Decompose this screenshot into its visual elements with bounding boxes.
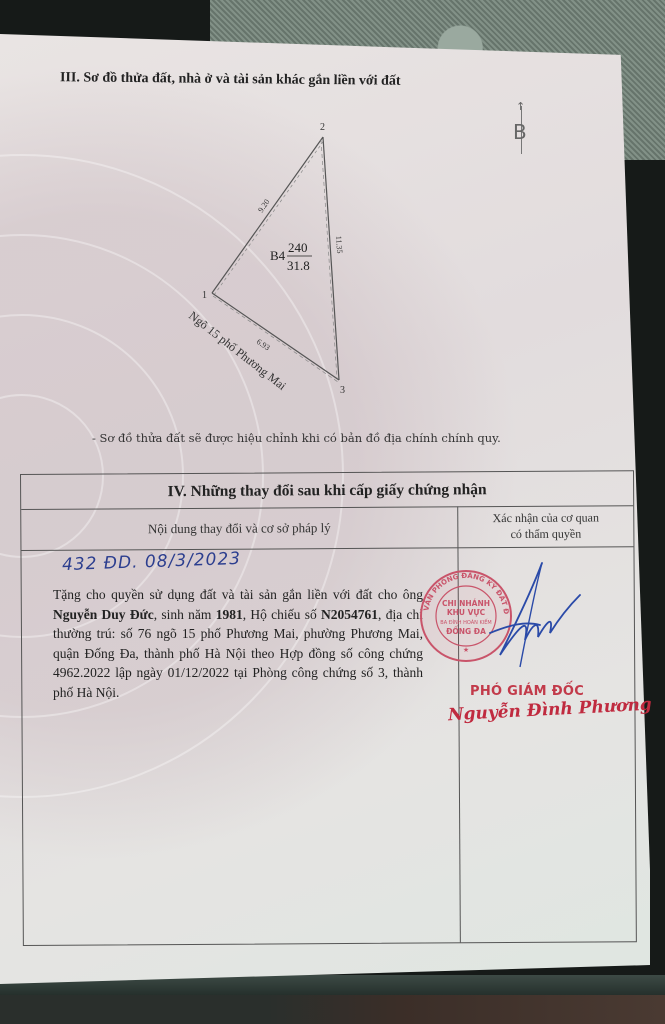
street-label: Ngõ 15 phố Phương Mai bbox=[186, 308, 289, 393]
parcel-number: 240 bbox=[288, 240, 308, 255]
edge-2-3-length: 11.35 bbox=[334, 236, 344, 254]
point-3-label: 3 bbox=[340, 385, 345, 396]
change-entry-text: Tặng cho quyền sử dụng đất và tài sản gắ… bbox=[53, 585, 423, 702]
birth-year: 1981 bbox=[216, 607, 243, 622]
point-2-label: 2 bbox=[320, 122, 325, 133]
entry-part3: , Hộ chiếu số bbox=[243, 607, 321, 622]
section-4-title: IV. Những thay đổi sau khi cấp giấy chứn… bbox=[21, 471, 633, 510]
recipient-name: Nguyễn Duy Đức bbox=[53, 607, 154, 622]
column-header-content: Nội dung thay đổi và cơ sở pháp lý bbox=[21, 506, 457, 550]
north-label: B bbox=[513, 120, 527, 144]
entry-part2: , sinh năm bbox=[154, 607, 216, 622]
column-header-confirmation-line1: Xác nhận của cơ quan bbox=[458, 509, 633, 526]
parcel-area: 31.8 bbox=[287, 258, 310, 273]
star-icon: ★ bbox=[463, 646, 469, 654]
point-1-label: 1 bbox=[202, 290, 207, 301]
edge-1-3-length: 6.93 bbox=[255, 337, 272, 352]
north-arrow: ↑ B bbox=[512, 100, 532, 160]
table-header-row: Nội dung thay đổi và cơ sở pháp lý Xác n… bbox=[21, 505, 633, 551]
entry-part1: Tặng cho quyền sử dụng đất và tài sản gắ… bbox=[53, 587, 423, 602]
column-header-confirmation: Xác nhận của cơ quan có thẩm quyền bbox=[458, 509, 633, 542]
floor-background bbox=[0, 995, 665, 1024]
official-title: PHÓ GIÁM ĐỐC bbox=[470, 684, 584, 699]
parcel-label: B4 bbox=[270, 248, 286, 263]
column-header-confirmation-line2: có thẩm quyền bbox=[458, 525, 633, 542]
land-plot-diagram: 1 2 3 9.20 11.35 6.93 B4 240 31.8 Ngõ 15… bbox=[150, 110, 410, 410]
passport-number: N2054761 bbox=[321, 607, 378, 622]
signature bbox=[470, 555, 590, 675]
plot-note: - Sơ đồ thửa đất sẽ được hiệu chỉnh khi … bbox=[92, 431, 501, 445]
